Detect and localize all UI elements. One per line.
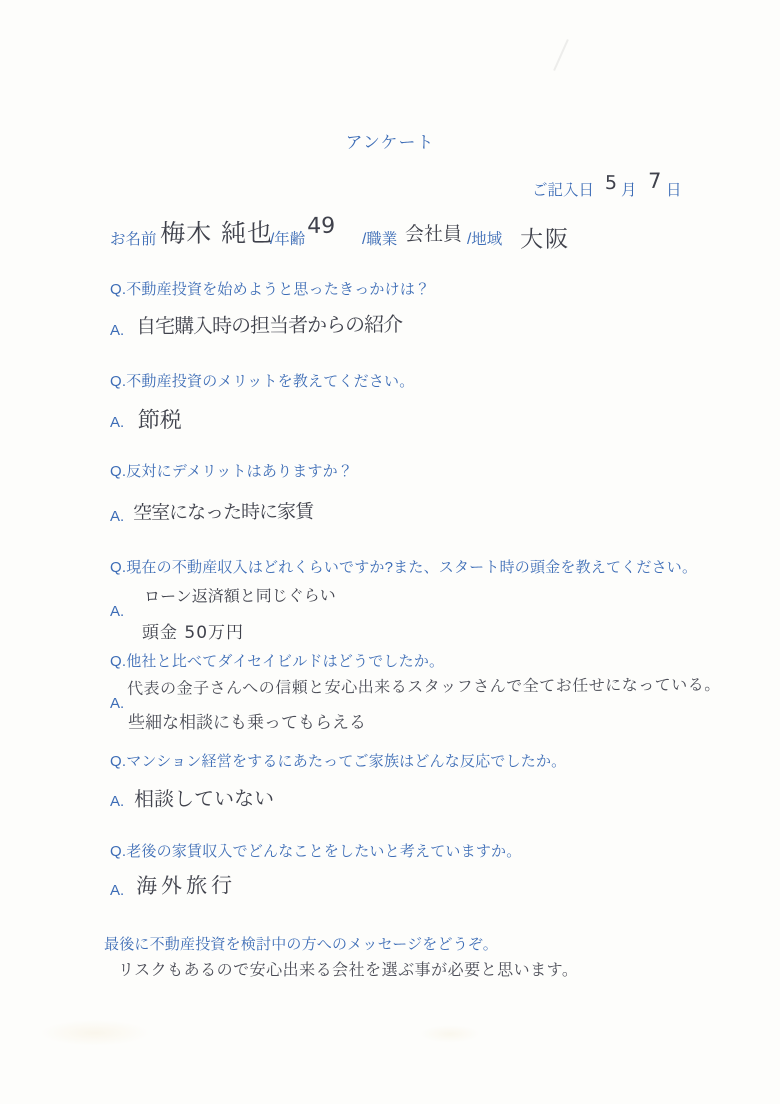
answer-1-handwritten: 自宅購入時の担当者からの紹介 bbox=[136, 308, 402, 339]
date-day-handwritten: 7 bbox=[648, 169, 662, 193]
question-7: Q.老後の家賃収入でどんなことをしたいと考えていますか。 bbox=[110, 840, 521, 861]
question-4: Q.現在の不動産収入はどれくらいですか?また、スタート時の頭金を教えてください。 bbox=[110, 556, 697, 577]
answer-6-prefix: A. bbox=[110, 793, 124, 810]
job-label: /職業 bbox=[362, 227, 397, 249]
closing-prompt: 最後に不動産投資を検討中の方へのメッセージをどうぞ。 bbox=[104, 933, 498, 954]
answer-3-prefix: A. bbox=[110, 508, 124, 525]
answer-2-prefix: A. bbox=[110, 414, 124, 431]
scan-artifact-smudge bbox=[420, 1025, 480, 1043]
scanned-questionnaire-page: アンケート ご記入日 5 月 7 日 お名前 梅木 純也 /年齢 49 /職業 … bbox=[0, 0, 780, 1104]
name-label: お名前 bbox=[110, 227, 157, 249]
answer-3-handwritten: 空室になった時に家賃 bbox=[133, 497, 313, 525]
form-title: アンケート bbox=[0, 128, 780, 153]
answer-2-handwritten: 節税 bbox=[138, 403, 182, 434]
scan-artifact-mark bbox=[553, 39, 569, 71]
question-6: Q.マンション経営をするにあたってご家族はどんな反応でしたか。 bbox=[110, 750, 566, 771]
answer-7-handwritten: 海外旅行 bbox=[136, 869, 236, 900]
answer-5-line2-handwritten: 些細な相談にも乗ってもらえる bbox=[128, 708, 366, 733]
date-month-label: 月 bbox=[621, 178, 637, 200]
closing-answer-handwritten: リスクもあるので安心出来る会社を選ぶ事が必要と思います。 bbox=[118, 957, 578, 980]
date-entry-label: ご記入日 bbox=[532, 178, 594, 200]
region-handwritten: 大阪 bbox=[520, 221, 570, 254]
question-1: Q.不動産投資を始めようと思ったきっかけは？ bbox=[110, 278, 430, 299]
answer-5-prefix: A. bbox=[110, 695, 124, 712]
question-3: Q.反対にデメリットはありますか？ bbox=[110, 460, 353, 481]
answer-4-line2-handwritten: 頭金 50万円 bbox=[142, 618, 244, 643]
question-2: Q.不動産投資のメリットを教えてください。 bbox=[110, 370, 414, 391]
date-day-label: 日 bbox=[666, 178, 682, 200]
name-handwritten: 梅木 純也 bbox=[160, 213, 273, 250]
answer-7-prefix: A. bbox=[110, 882, 124, 899]
question-5: Q.他社と比べてダイセイビルドはどうでしたか。 bbox=[110, 650, 444, 671]
age-label: /年齢 bbox=[270, 227, 305, 249]
age-handwritten: 49 bbox=[307, 214, 335, 239]
answer-4-prefix: A. bbox=[110, 603, 124, 620]
scan-artifact-smudge bbox=[40, 1020, 150, 1046]
answer-4-line1-handwritten: ローン返済額と同じぐらい bbox=[144, 583, 336, 607]
answer-5-line1-handwritten: 代表の金子さんへの信頼と安心出来るスタッフさんで全てお任せになっている。 bbox=[127, 672, 721, 699]
answer-1-prefix: A. bbox=[110, 322, 124, 339]
answer-6-handwritten: 相談していない bbox=[134, 782, 274, 812]
date-month-handwritten: 5 bbox=[605, 172, 617, 194]
region-label: /地域 bbox=[467, 227, 502, 249]
job-handwritten: 会社員 bbox=[405, 219, 462, 246]
